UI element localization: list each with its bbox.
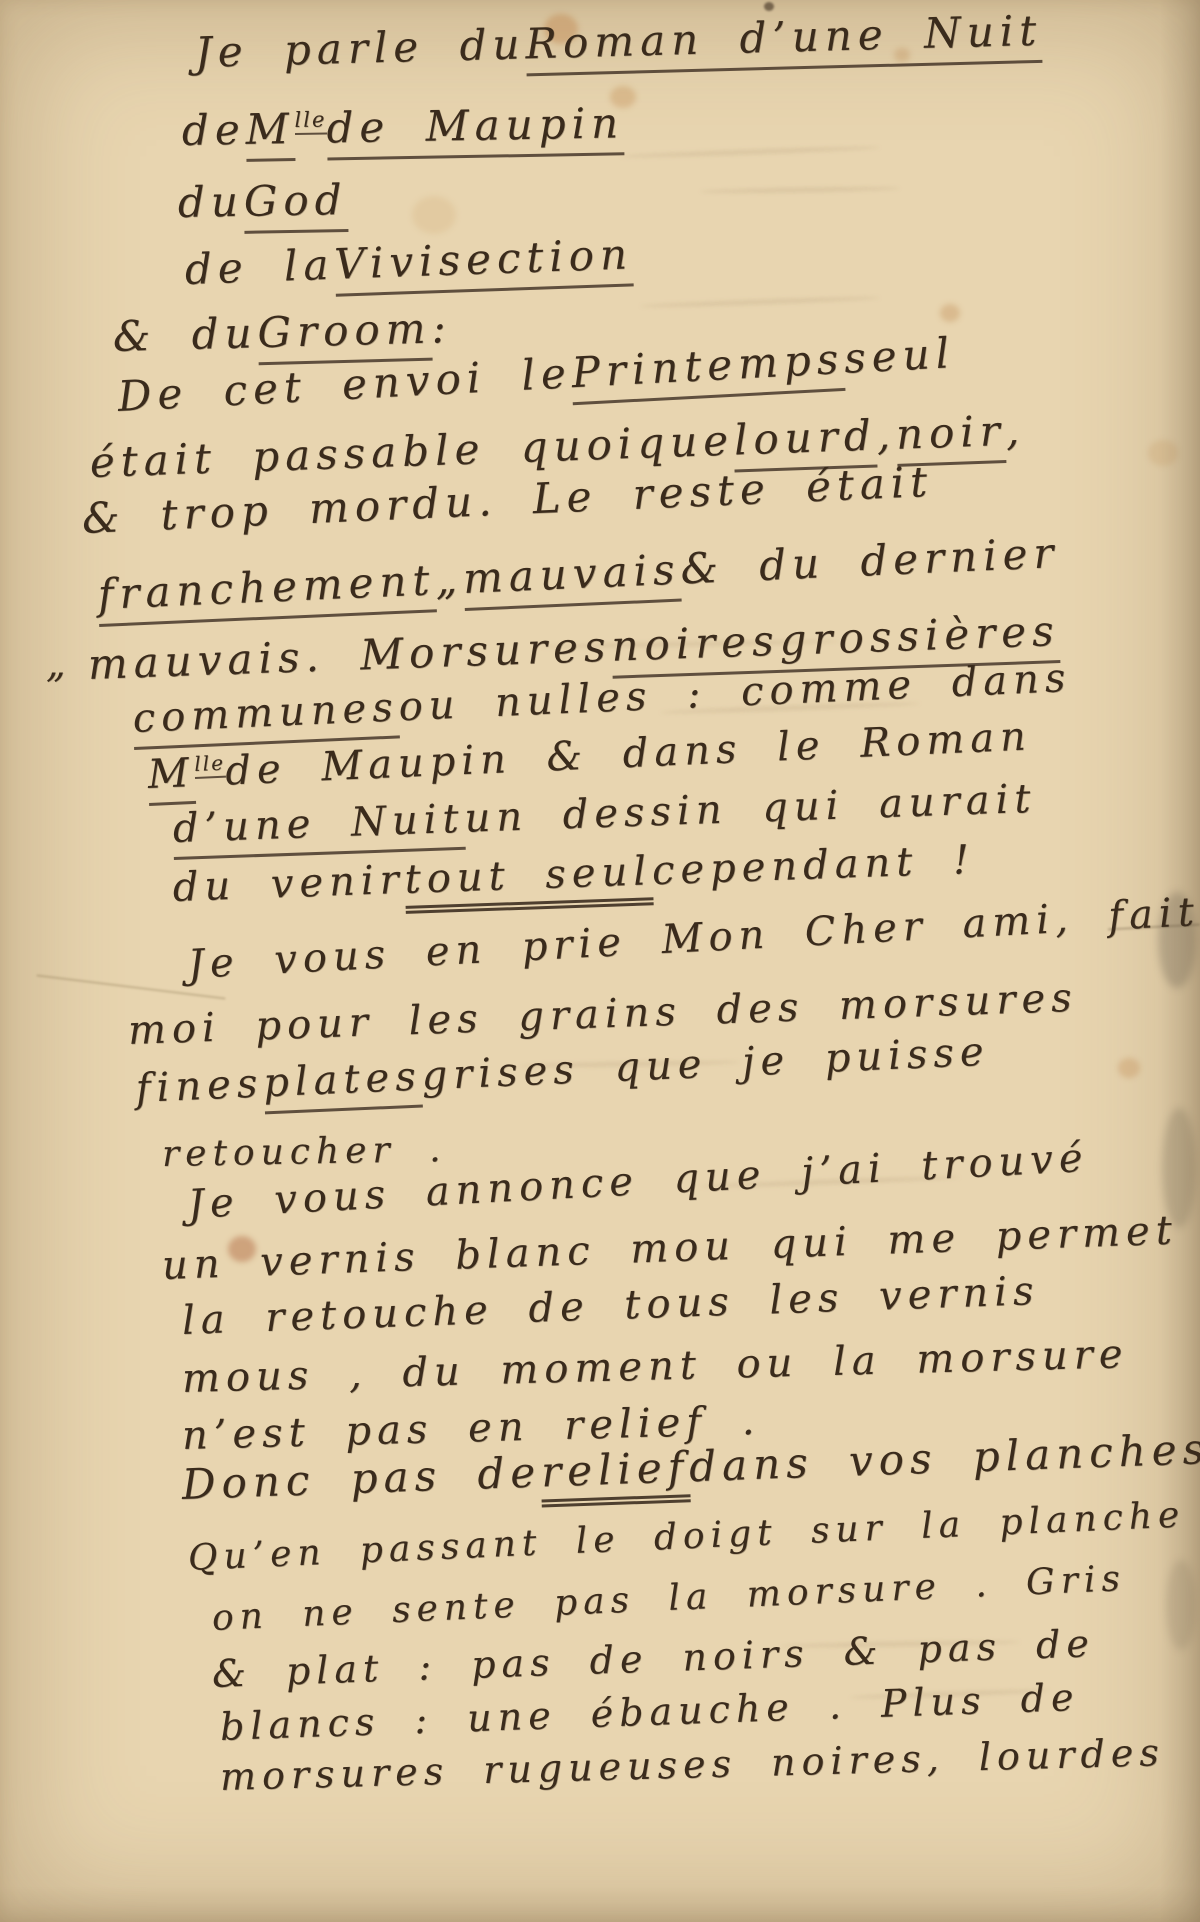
foxing-stain [1118, 1058, 1140, 1078]
text-segment: tout seul [404, 848, 653, 914]
page-right-edge [1160, 0, 1200, 1922]
text-segment: God [243, 175, 348, 234]
text-segment: mous , du moment ou la morsure [181, 1331, 1129, 1402]
handwritten-line: Je parle du Roman d’une Nuit [194, 6, 1043, 85]
text-segment: Vivisection [333, 229, 634, 296]
text-segment: : [431, 303, 452, 353]
text-segment: mauvais [462, 545, 682, 611]
text-segment: seul [843, 328, 956, 383]
insertion-mark: „ [46, 642, 66, 686]
text-segment: M [147, 750, 196, 806]
text-segment: dans vos planches [688, 1424, 1200, 1491]
text-segment: lle [294, 108, 326, 136]
text-segment: M [245, 104, 295, 162]
text-segment: plates [262, 1054, 423, 1115]
text-segment: , [1005, 405, 1026, 455]
foxing-stain [940, 304, 960, 322]
text-segment: & du [112, 308, 258, 361]
text-segment: franchement [97, 555, 437, 627]
text-segment: „ [434, 554, 464, 604]
text-segment: de la [184, 240, 335, 294]
handwritten-line: retoucher . [162, 1129, 447, 1175]
text-segment: d’une Nuit [172, 796, 466, 860]
text-segment: du [178, 177, 245, 227]
handwritten-line: de la Vivisection [184, 229, 634, 302]
text-segment: communes [132, 684, 400, 750]
text-segment: Roman d’une Nuit [525, 6, 1043, 77]
bleedthrough-stroke [620, 145, 880, 158]
text-segment: relief [540, 1442, 690, 1507]
text-segment: & du dernier [679, 528, 1060, 593]
ink-speck [764, 2, 774, 11]
handwritten-line: de Mlle de Maupin [182, 98, 625, 163]
letter-page: Je parle du Roman d’une Nuitde Mlle de M… [0, 0, 1200, 1922]
foxing-stain [412, 196, 456, 234]
text-segment: retoucher . [162, 1129, 447, 1175]
page-bottom-edge [0, 1886, 1200, 1922]
handwritten-line: du God [178, 175, 349, 235]
bleedthrough-stroke [700, 186, 900, 193]
text-segment: Je parle du [194, 19, 526, 77]
text-segment: , [876, 410, 897, 460]
text-segment: lle [194, 751, 226, 779]
text-segment: de [182, 105, 247, 155]
text-segment: fines [135, 1060, 264, 1112]
bleedthrough-stroke [640, 296, 880, 308]
text-segment: du venir [172, 857, 405, 911]
text-segment: de Maupin [326, 98, 625, 160]
text-segment: Printemps [570, 334, 845, 405]
handwritten-line: mous , du moment ou la morsure [181, 1331, 1129, 1402]
text-segment: cependant ! [651, 837, 976, 894]
